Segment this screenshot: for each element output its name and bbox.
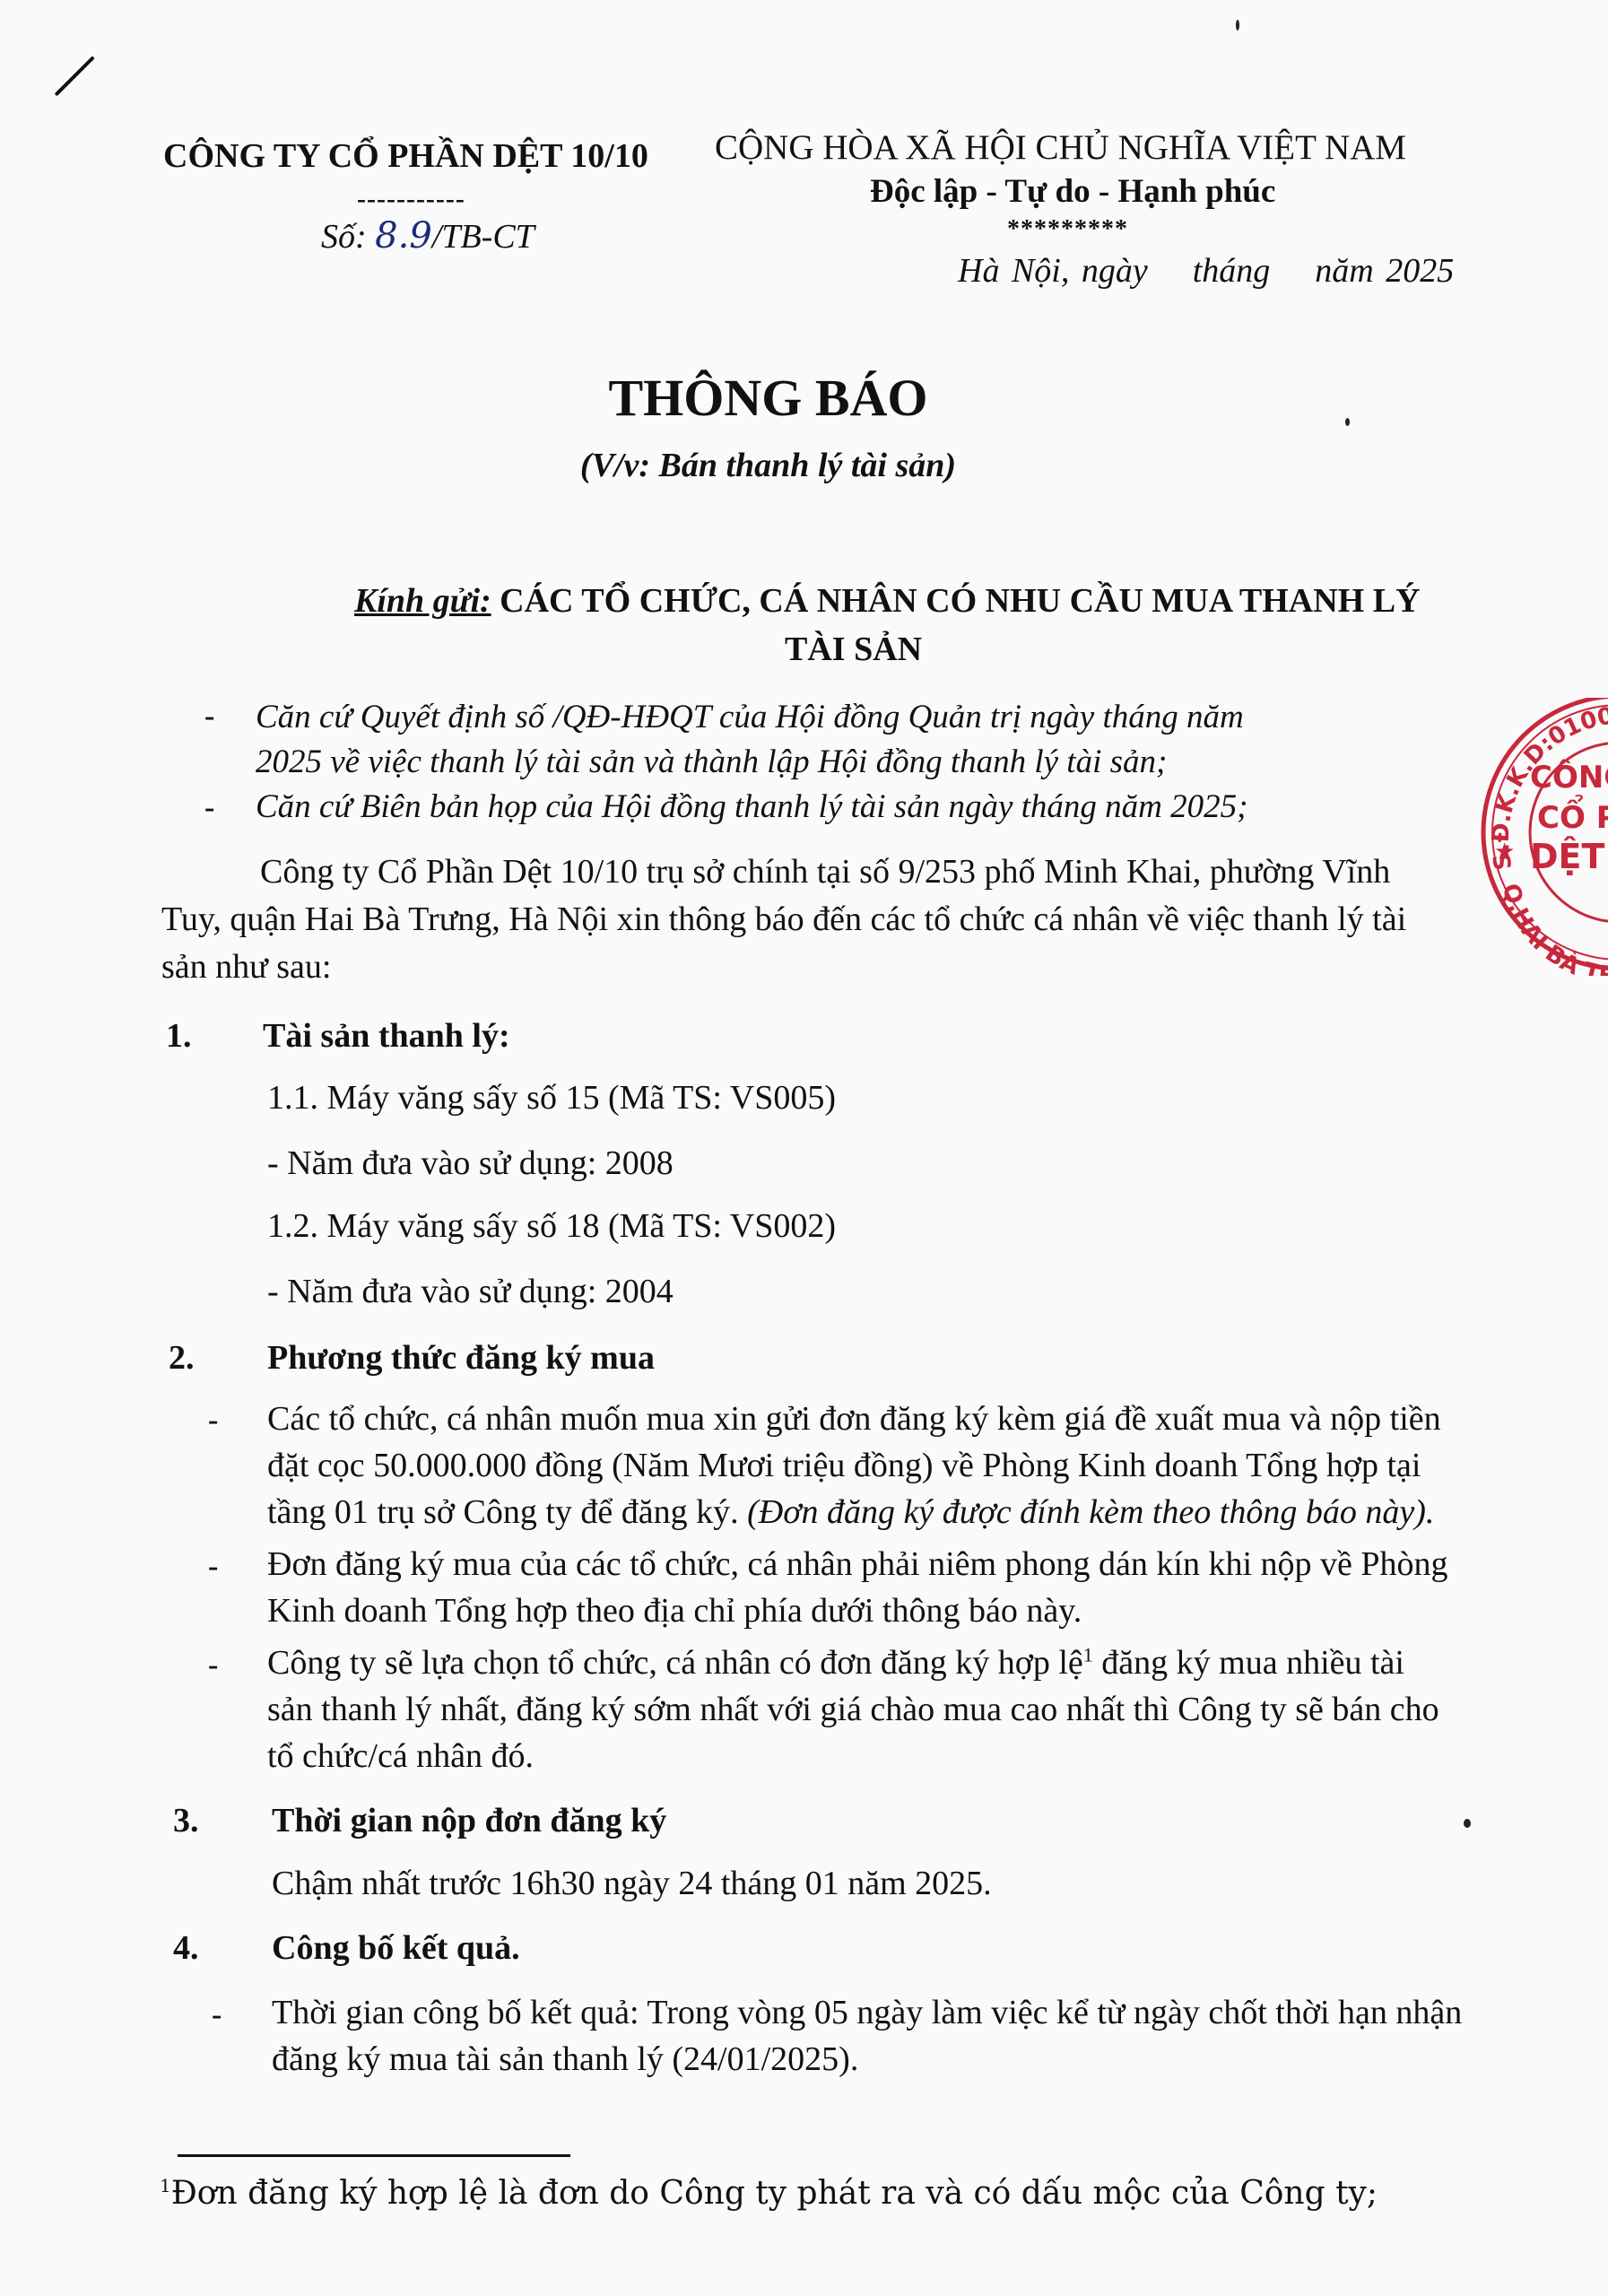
document-number: Số: 8.9/TB-CT [321,215,535,257]
method-3-text-b: đăng ký mua nhiều tài [1093,1644,1404,1682]
bullet-dash: - [204,791,214,825]
national-motto: Độc lập - Tự do - Hạnh phúc [870,172,1275,211]
result-line-1: Thời gian công bố kết quả: Trong vòng 05… [272,1993,1462,2032]
footnote: 1Đơn đăng ký hợp lệ là đơn do Công ty ph… [160,2175,1378,2212]
method-3-line-2: sản thanh lý nhất, đăng ký sớm nhất với … [267,1690,1439,1729]
speck [1345,418,1350,426]
bullet-dash: - [208,1550,218,1584]
svg-text:DỆT: DỆT [1530,837,1605,876]
doc-number-suffix: /TB-CT [432,218,535,256]
footnote-ref[interactable]: 1 [1083,1643,1093,1665]
recipient-text: CÁC TỔ CHỨC, CÁ NHÂN CÓ NHU CẦU MUA THAN… [500,582,1420,620]
date-year: năm 2025 [1315,252,1454,290]
recipient-line-2: TÀI SẢN [785,630,922,669]
doc-number-prefix: Số: [321,218,375,256]
section-4-number: 4. [173,1928,199,1968]
stamp-ring-bottom: Q.HAI BÀ TRƯ [1497,881,1608,976]
motto-stars: ********* [1007,215,1128,244]
basis-2-line-1: Căn cứ Biên bản họp của Hội đồng thanh l… [256,787,1247,826]
deadline-text: Chậm nhất trước 16h30 ngày 24 tháng 01 n… [272,1864,992,1903]
company-divider: ----------- [357,184,465,214]
intro-line-2: Tuy, quận Hai Bà Trưng, Hà Nội xin thông… [161,900,1406,939]
date-place: Hà Nội, ngày [958,252,1148,290]
basis-1-line-1: Căn cứ Quyết định số /QĐ-HĐQT của Hội đồ… [256,698,1244,736]
speck [1464,1819,1471,1828]
footnote-marker: 1 [160,2175,171,2196]
method-1-line-1: Các tổ chức, cá nhân muốn mua xin gửi đơ… [267,1399,1441,1439]
section-4-heading: Công bố kết quả. [272,1928,520,1968]
document-title: THÔNG BÁO [0,368,1608,428]
section-3-heading: Thời gian nộp đơn đăng ký [272,1801,666,1840]
company-name: CÔNG TY CỔ PHẦN DỆT 10/10 [163,136,648,176]
company-seal-stamp: S.Đ.K.K.D:01001C Q.HAI BÀ TRƯ CÔNG CỔ P … [1458,698,1608,976]
section-1-number: 1. [166,1016,192,1056]
place-date: Hà Nội, ngàythángnăm 2025 [958,251,1454,291]
method-1-line-3-text: tầng 01 trụ sở Công ty để đăng ký. [267,1493,747,1531]
section-1-heading: Tài sản thanh lý: [263,1016,510,1056]
method-3-line-1: Công ty sẽ lựa chọn tổ chức, cá nhân có … [267,1643,1404,1683]
bullet-dash: - [208,1404,218,1438]
method-3-text-a: Công ty sẽ lựa chọn tổ chức, cá nhân có … [267,1644,1083,1682]
asset-2-label: 1.2. Máy văng sấy số 18 (Mã TS: VS002) [267,1206,836,1246]
asset-1-label: 1.1. Máy văng sấy số 15 (Mã TS: VS005) [267,1078,836,1118]
recipient-label: Kính gửi: [354,582,491,620]
section-2-heading: Phương thức đăng ký mua [267,1338,655,1378]
footnote-text: Đơn đăng ký hợp lệ là đơn do Công ty phá… [171,2175,1378,2212]
date-month: tháng [1193,252,1271,290]
asset-1-year: - Năm đưa vào sử dụng: 2008 [267,1144,674,1183]
svg-text:CÔNG: CÔNG [1530,759,1608,796]
republic-heading: CỘNG HÒA XÃ HỘI CHỦ NGHĨA VIỆT NAM [715,127,1406,168]
bullet-dash: - [208,1648,218,1683]
bullet-dash: - [204,700,214,734]
footnote-divider [178,2154,570,2157]
method-2-line-2: Kinh doanh Tổng hợp theo địa chỉ phía dư… [267,1591,1082,1631]
svg-text:★: ★ [1494,839,1515,865]
result-line-2: đăng ký mua tài sản thanh lý (24/01/2025… [272,2039,858,2079]
section-2-number: 2. [169,1338,195,1378]
bullet-dash: - [212,1998,222,2032]
section-3-number: 3. [173,1801,199,1840]
method-1-line-2: đặt cọc 50.000.000 đồng (Năm Mươi triệu … [267,1446,1421,1485]
intro-line-1: Công ty Cổ Phần Dệt 10/10 trụ sở chính t… [260,852,1390,891]
svg-text:CỔ P: CỔ P [1537,794,1608,836]
doc-number-handwritten: 8.9 [375,215,432,257]
method-2-line-1: Đơn đăng ký mua của các tổ chức, cá nhân… [267,1544,1448,1584]
speck [1236,20,1239,30]
method-1-attachment-note: (Đơn đăng ký được đính kèm theo thông bá… [747,1493,1434,1531]
intro-line-3: sản như sau: [161,947,331,987]
recipient-line: Kính gửi: CÁC TỔ CHỨC, CÁ NHÂN CÓ NHU CẦ… [354,581,1421,621]
method-1-line-3: tầng 01 trụ sở Công ty để đăng ký. (Đơn … [267,1492,1434,1532]
asset-2-year: - Năm đưa vào sử dụng: 2004 [267,1272,674,1311]
basis-1-line-2: 2025 về việc thanh lý tài sản và thành l… [256,743,1167,781]
method-3-line-3: tổ chức/cá nhân đó. [267,1736,534,1776]
handwritten-slash-mark [55,56,95,96]
document-subtitle: (V/v: Bán thanh lý tài sản) [0,446,1608,485]
